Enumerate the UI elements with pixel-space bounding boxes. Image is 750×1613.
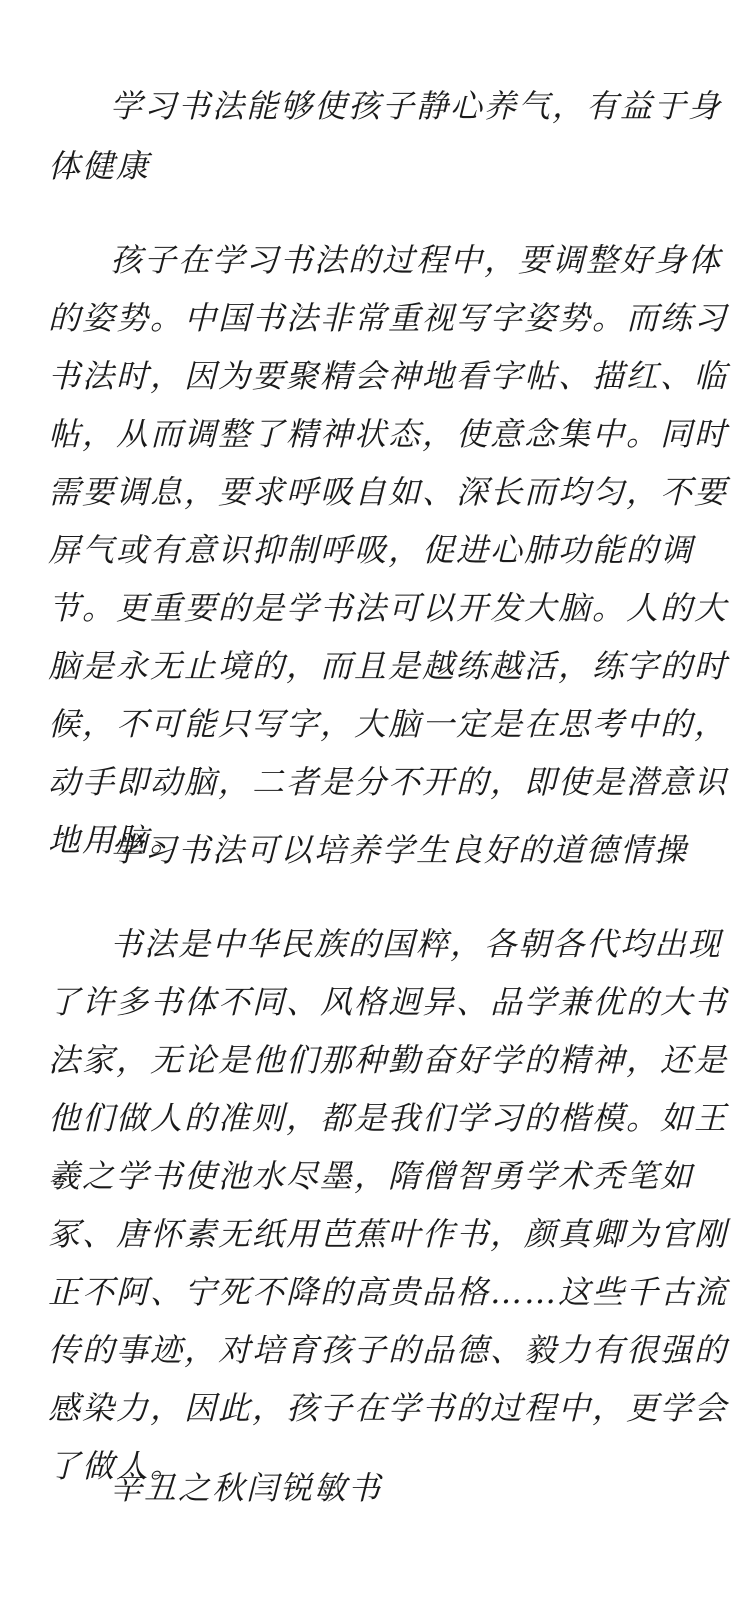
section-1-paragraph-line-3: 书法时，因为要聚精会神地看字帖、描红、临 xyxy=(48,356,728,396)
section-1-paragraph-line-8: 脑是永无止境的，而且是越练越活，练字的时 xyxy=(48,646,728,686)
section-1-paragraph-line-10: 动手即动脑，二者是分不开的，即使是潜意识 xyxy=(48,762,728,802)
section-2-paragraph-line-6: 冢、唐怀素无纸用芭蕉叶作书，颜真卿为官刚 xyxy=(48,1214,728,1254)
section-1-paragraph-line-4: 帖，从而调整了精神状态，使意念集中。同时 xyxy=(48,414,728,454)
section-1-paragraph-line-7: 节。更重要的是学书法可以开发大脑。人的大 xyxy=(48,588,728,628)
section-2-paragraph-line-4: 他们做人的准则，都是我们学习的楷模。如王 xyxy=(48,1098,728,1138)
section-1-paragraph-line-6: 屏气或有意识抑制呼吸，促进心肺功能的调 xyxy=(48,530,694,570)
section-2-paragraph-line-9: 感染力，因此，孩子在学书的过程中，更学会 xyxy=(48,1388,728,1428)
section-2-paragraph-line-2: 了许多书体不同、风格迥异、品学兼优的大书 xyxy=(48,982,728,1022)
section-1-heading-line-2: 体健康 xyxy=(48,146,150,186)
document-page: 学习书法能够使孩子静心养气，有益于身 体健康 孩子在学习书法的过程中，要调整好身… xyxy=(0,0,750,1613)
section-1-heading-line-1: 学习书法能够使孩子静心养气，有益于身 xyxy=(110,86,722,126)
signature: 辛丑之秋闫锐敏书 xyxy=(110,1468,382,1508)
section-1-paragraph-line-9: 候，不可能只写字，大脑一定是在思考中的， xyxy=(48,704,728,744)
section-2-paragraph-line-3: 法家，无论是他们那种勤奋好学的精神，还是 xyxy=(48,1040,728,1080)
section-1-paragraph-line-2: 的姿势。中国书法非常重视写字姿势。而练习 xyxy=(48,298,728,338)
section-2-paragraph-line-1: 书法是中华民族的国粹，各朝各代均出现 xyxy=(110,924,722,964)
section-2-paragraph-line-7: 正不阿、宁死不降的高贵品格……这些千古流 xyxy=(48,1272,728,1312)
section-2-paragraph-line-5: 羲之学书使池水尽墨，隋僧智勇学术秃笔如 xyxy=(48,1156,694,1196)
section-1-paragraph-line-1: 孩子在学习书法的过程中，要调整好身体 xyxy=(110,240,722,280)
section-2-heading-line-1: 学习书法可以培养学生良好的道德情操 xyxy=(110,830,688,870)
section-2-paragraph-line-8: 传的事迹，对培育孩子的品德、毅力有很强的 xyxy=(48,1330,728,1370)
section-1-paragraph-line-5: 需要调息，要求呼吸自如、深长而均匀，不要 xyxy=(48,472,728,512)
